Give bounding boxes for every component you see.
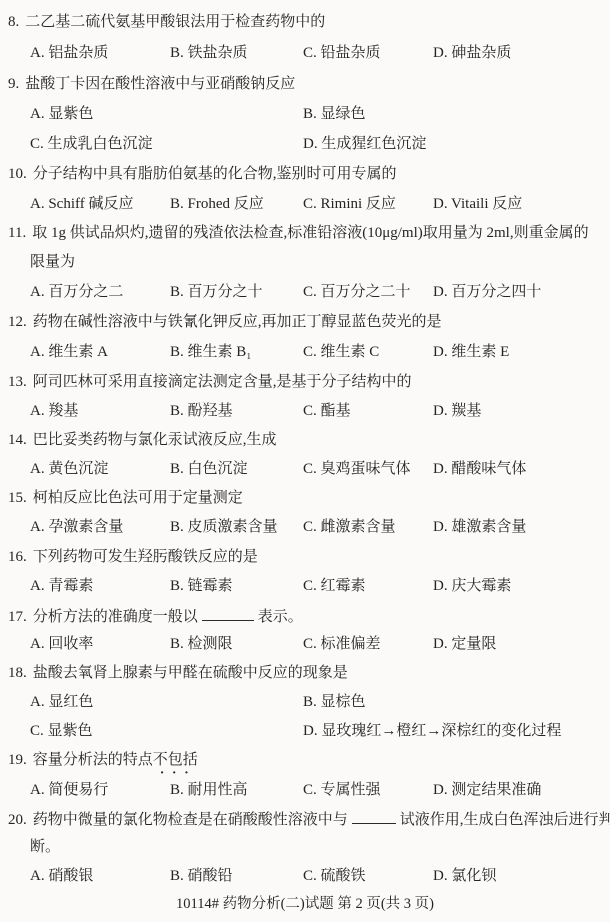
exam-page: 8.二乙基二硫代氨基甲酸银法用于检查药物中的 A. 铝盐杂质 B. 铁盐杂质 C… [0,0,610,922]
q15-option-d: D. 雄激素含量 [433,517,526,537]
q13-stem-line: 13.阿司匹林可采用直接滴定法测定含量,是基于分子结构中的 [0,372,610,394]
q10-option-c: C. Rimini 反应 [303,194,396,214]
q11-number: 11. [8,225,26,241]
q8-option-b: B. 铁盐杂质 [170,43,248,63]
q16-option-d: D. 庆大霉素 [433,576,511,596]
q20-stem-line-2: 断。 [0,837,610,859]
q9-option-d: D. 生成猩红色沉淀 [303,134,426,154]
q13-number: 13. [8,374,27,390]
q20-options-row: A. 硝酸银 B. 硝酸铅 C. 硫酸铁 D. 氯化钡 [0,866,610,888]
q12-number: 12. [8,314,27,330]
q14-stem: 巴比妥类药物与氯化汞试液反应,生成 [33,432,277,448]
q11-option-b: B. 百万分之十 [170,282,263,302]
q17-blank-underline [202,605,254,621]
q11-stem-continued: 限量为 [30,254,75,270]
q15-option-a: A. 孕激素含量 [30,517,123,537]
q20-option-a: A. 硝酸银 [30,866,93,886]
q17-option-c: C. 标准偏差 [303,634,381,654]
q13-option-c: C. 酯基 [303,401,351,421]
q14-option-a: A. 黄色沉淀 [30,459,108,479]
q9-stem-line: 9.盐酸丁卡因在酸性溶液中与亚硝酸钠反应 [0,74,610,96]
q19-stem-emphasized: 不包括 [153,750,198,770]
q11-option-c: C. 百万分之二十 [303,282,411,302]
q15-number: 15. [8,490,27,506]
q20-number: 20. [8,812,27,828]
q17-stem-pre: 分析方法的准确度一般以 [33,609,198,625]
q19-option-d: D. 测定结果准确 [433,780,541,800]
q8-number: 8. [8,14,19,30]
q17-stem-line: 17.分析方法的准确度一般以表示。 [0,605,610,627]
q18-option-c: C. 显紫色 [30,721,93,741]
q8-option-a: A. 铝盐杂质 [30,43,108,63]
q11-stem-line-2: 限量为 [0,252,610,274]
q20-blank-underline [352,808,396,824]
q13-option-d: D. 羰基 [433,401,481,421]
q8-option-c: C. 铅盐杂质 [303,43,381,63]
q10-stem: 分子结构中具有脂肪伯氨基的化合物,鉴别时可用专属的 [33,166,397,182]
q16-option-c: C. 红霉素 [303,576,366,596]
q12-options-row: A. 维生素 A B. 维生素 B₁ C. 维生素 C D. 维生素 E [0,342,610,364]
q8-options-row: A. 铝盐杂质 B. 铁盐杂质 C. 铅盐杂质 D. 砷盐杂质 [0,43,610,65]
q18-options-row-1: A. 显红色 B. 显棕色 [0,692,610,714]
q12-option-c: C. 维生素 C [303,342,379,362]
page-footer: 10114# 药物分析(二)试题 第 2 页(共 3 页) [0,894,610,916]
q15-options-row: A. 孕激素含量 B. 皮质激素含量 C. 雌激素含量 D. 雄激素含量 [0,517,610,539]
q20-stem-post: 试液作用,生成白色浑浊后进行判 [400,812,610,828]
q19-number: 19. [8,752,27,768]
q9-stem: 盐酸丁卡因在酸性溶液中与亚硝酸钠反应 [25,76,295,92]
q20-stem-continued: 断。 [30,839,60,855]
q17-option-d: D. 定量限 [433,634,496,654]
q15-option-c: C. 雌激素含量 [303,517,396,537]
q11-stem-line-1: 11.取 1g 供试品炽灼,遗留的残渣依法检查,标准铅溶液(10μg/ml)取用… [0,223,610,245]
q10-options-row: A. Schiff 碱反应 B. Frohed 反应 C. Rimini 反应 … [0,194,610,216]
q20-option-c: C. 硫酸铁 [303,866,366,886]
q12-option-a: A. 维生素 A [30,342,108,362]
q16-number: 16. [8,549,27,565]
q9-option-a: A. 显紫色 [30,104,93,124]
q19-option-b: B. 耐用性高 [170,780,248,800]
q13-options-row: A. 羧基 B. 酚羟基 C. 酯基 D. 羰基 [0,401,610,423]
q12-stem-line: 12.药物在碱性溶液中与铁氰化钾反应,再加正丁醇显蓝色荧光的是 [0,312,610,334]
q11-stem: 取 1g 供试品炽灼,遗留的残渣依法检查,标准铅溶液(10μg/ml)取用量为 … [32,225,588,241]
q14-option-b: B. 白色沉淀 [170,459,248,479]
q18-option-d: D. 显玫瑰红→橙红→深棕红的变化过程 [303,721,561,741]
q11-option-a: A. 百万分之二 [30,282,123,302]
q10-option-d: D. Vitaili 反应 [433,194,522,214]
q13-option-a: A. 羧基 [30,401,78,421]
q19-stem-pre: 容量分析法的特点 [33,752,153,768]
q18-number: 18. [8,665,27,681]
q8-stem-line: 8.二乙基二硫代氨基甲酸银法用于检查药物中的 [0,12,610,34]
q17-stem-post: 表示。 [258,609,303,625]
q15-stem: 柯柏反应比色法可用于定量测定 [33,490,243,506]
q14-number: 14. [8,432,27,448]
q19-stem-line: 19.容量分析法的特点不包括 [0,750,610,772]
q10-option-a: A. Schiff 碱反应 [30,194,133,214]
q20-option-b: B. 硝酸铅 [170,866,233,886]
q16-stem-line: 16.下列药物可发生羟肟酸铁反应的是 [0,547,610,569]
q16-option-b: B. 链霉素 [170,576,233,596]
q9-option-c: C. 生成乳白色沉淀 [30,134,153,154]
q10-option-b: B. Frohed 反应 [170,194,264,214]
q11-options-row: A. 百万分之二 B. 百万分之十 C. 百万分之二十 D. 百万分之四十 [0,282,610,304]
q18-option-b: B. 显棕色 [303,692,366,712]
q9-number: 9. [8,76,19,92]
q12-option-b: B. 维生素 B₁ [170,342,252,362]
q8-stem: 二乙基二硫代氨基甲酸银法用于检查药物中的 [25,14,325,30]
q17-number: 17. [8,609,27,625]
q18-stem: 盐酸去氧肾上腺素与甲醛在硫酸中反应的现象是 [33,665,348,681]
q16-options-row: A. 青霉素 B. 链霉素 C. 红霉素 D. 庆大霉素 [0,576,610,598]
q20-option-d: D. 氯化钡 [433,866,496,886]
q18-options-row-2: C. 显紫色 D. 显玫瑰红→橙红→深棕红的变化过程 [0,721,610,743]
q10-stem-line: 10.分子结构中具有脂肪伯氨基的化合物,鉴别时可用专属的 [0,164,610,186]
q13-option-b: B. 酚羟基 [170,401,233,421]
q16-stem: 下列药物可发生羟肟酸铁反应的是 [33,549,258,565]
q18-stem-line: 18.盐酸去氧肾上腺素与甲醛在硫酸中反应的现象是 [0,663,610,685]
q14-option-c: C. 臭鸡蛋味气体 [303,459,411,479]
q15-stem-line: 15.柯柏反应比色法可用于定量测定 [0,488,610,510]
q9-options-row-1: A. 显紫色 B. 显绿色 [0,104,610,126]
q17-option-b: B. 检测限 [170,634,233,654]
q13-stem: 阿司匹林可采用直接滴定法测定含量,是基于分子结构中的 [33,374,412,390]
q14-options-row: A. 黄色沉淀 B. 白色沉淀 C. 臭鸡蛋味气体 D. 醋酸味气体 [0,459,610,481]
q12-stem: 药物在碱性溶液中与铁氰化钾反应,再加正丁醇显蓝色荧光的是 [33,314,442,330]
q19-option-a: A. 简便易行 [30,780,108,800]
q19-option-c: C. 专属性强 [303,780,381,800]
q17-option-a: A. 回收率 [30,634,93,654]
q16-option-a: A. 青霉素 [30,576,93,596]
q20-stem-pre: 药物中微量的氯化物检查是在硝酸酸性溶液中与 [33,812,348,828]
q9-option-b: B. 显绿色 [303,104,366,124]
q18-option-a: A. 显红色 [30,692,93,712]
q15-option-b: B. 皮质激素含量 [170,517,278,537]
q20-stem-line-1: 20.药物中微量的氯化物检查是在硝酸酸性溶液中与试液作用,生成白色浑浊后进行判 [0,808,610,830]
q14-stem-line: 14.巴比妥类药物与氯化汞试液反应,生成 [0,430,610,452]
q8-option-d: D. 砷盐杂质 [433,43,511,63]
q10-number: 10. [8,166,27,182]
q14-option-d: D. 醋酸味气体 [433,459,526,479]
q9-options-row-2: C. 生成乳白色沉淀 D. 生成猩红色沉淀 [0,134,610,156]
q11-option-d: D. 百万分之四十 [433,282,541,302]
q19-options-row: A. 简便易行 B. 耐用性高 C. 专属性强 D. 测定结果准确 [0,780,610,802]
q17-options-row: A. 回收率 B. 检测限 C. 标准偏差 D. 定量限 [0,634,610,656]
q12-option-d: D. 维生素 E [433,342,509,362]
